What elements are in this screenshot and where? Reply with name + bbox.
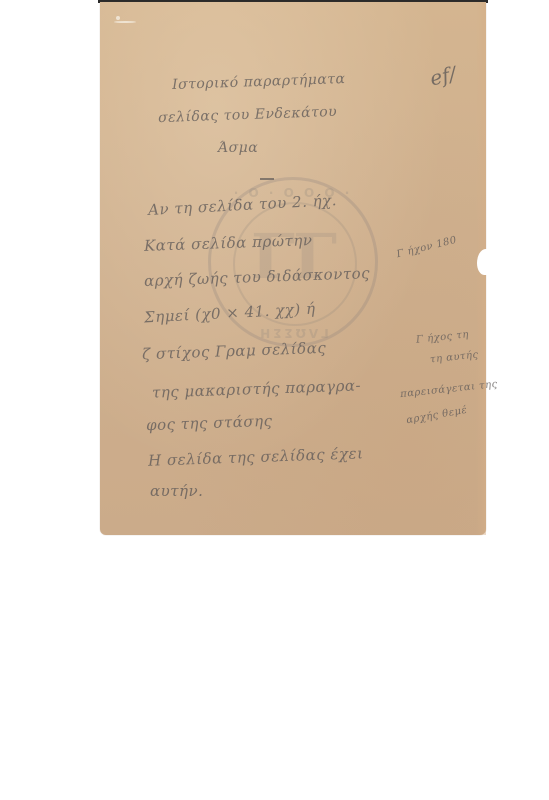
heading-line-1: Ιστορικό παραρτήματα	[172, 71, 346, 93]
body-line-7: φος της στάσης	[146, 412, 273, 434]
paper-damage-spot	[114, 16, 144, 24]
paper-tear	[477, 249, 493, 275]
heading-line-2: σελίδας του Ενδεκάτου	[158, 104, 338, 126]
separator-dash	[260, 178, 274, 180]
body-line-8: Η σελίδα της σελίδας έχει	[148, 444, 364, 470]
heading-line-3: Άσμα	[218, 140, 258, 156]
margin-note-1: Γ ήχον 180	[396, 235, 458, 261]
body-line-9: αυτήν.	[150, 482, 203, 500]
stamp-ring-bottom-text: ΓΛΩΣΣΗ	[211, 326, 375, 340]
margin-note-5: αρχής θεμέ	[406, 405, 469, 427]
margin-note-2: Γ ήχος τη	[416, 329, 470, 345]
body-line-6: της μακαριστής παραγρα-	[152, 376, 362, 401]
margin-note-3: τη αυτής	[430, 349, 480, 365]
folio-mark: ef/	[428, 62, 458, 91]
manuscript-page: · Ο · Ο Ο Ο · ΓΓ ΓΛΩΣΣΗ ef/ Ιστορικό παρ…	[100, 2, 486, 535]
body-line-5: ζ στίχος Γραμ σελίδας	[142, 339, 327, 363]
